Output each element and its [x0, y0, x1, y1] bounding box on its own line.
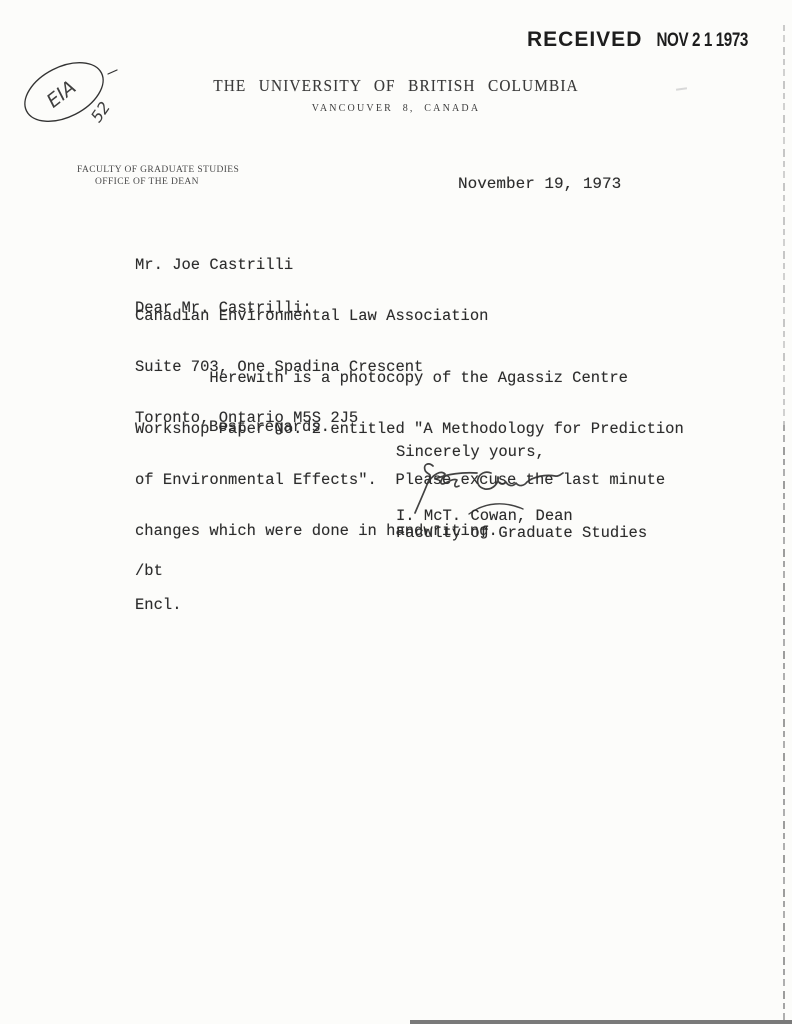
- signature-surname-scrawl: [478, 472, 563, 489]
- signer-name: I. McT. Cowan, Dean: [396, 508, 573, 525]
- enclosure-note: Encl.: [135, 597, 182, 614]
- recipient-line: Mr. Joe Castrilli: [135, 257, 488, 274]
- closing-line: Sincerely yours,: [396, 444, 545, 461]
- letterhead-title: THE UNIVERSITY OF BRITISH COLUMBIA: [28, 76, 765, 96]
- scanned-letter-page: { "stamp": { "received": "RECEIVED", "da…: [0, 0, 792, 1024]
- regards-line: Best regards.: [209, 419, 330, 436]
- handwritten-eia-annotation: EIA 52: [14, 50, 140, 148]
- scan-edge-line-bottom: [783, 425, 785, 1024]
- signature-initial-stroke: [415, 464, 433, 513]
- received-stamp: RECEIVED NOV 2 1 1973: [527, 28, 760, 52]
- typist-initials: /bt: [135, 563, 163, 580]
- signature-middle-scrawl: [427, 472, 459, 486]
- letter-date: November 19, 1973: [458, 176, 621, 193]
- annotation-tick-mark: [108, 70, 117, 74]
- salutation: Dear Mr. Castrilli:: [135, 300, 312, 317]
- department-line-1: FACULTY OF GRADUATE STUDIES: [77, 164, 227, 176]
- signature-crossbar: [435, 473, 477, 479]
- department-block: FACULTY OF GRADUATE STUDIES OFFICE OF TH…: [77, 164, 227, 188]
- department-line-2: OFFICE OF THE DEAN: [77, 176, 217, 188]
- body-line: Herewith is a photocopy of the Agassiz C…: [135, 370, 684, 387]
- signer-title: Faculty of Graduate Studies: [396, 525, 647, 542]
- received-stamp-word: RECEIVED: [527, 28, 642, 52]
- received-stamp-date: NOV 2 1 1973: [657, 30, 749, 52]
- scan-bottom-bar: [410, 1020, 792, 1024]
- scan-edge-line-top: [783, 25, 785, 425]
- letterhead-subtitle: VANCOUVER 8, CANADA: [0, 103, 792, 114]
